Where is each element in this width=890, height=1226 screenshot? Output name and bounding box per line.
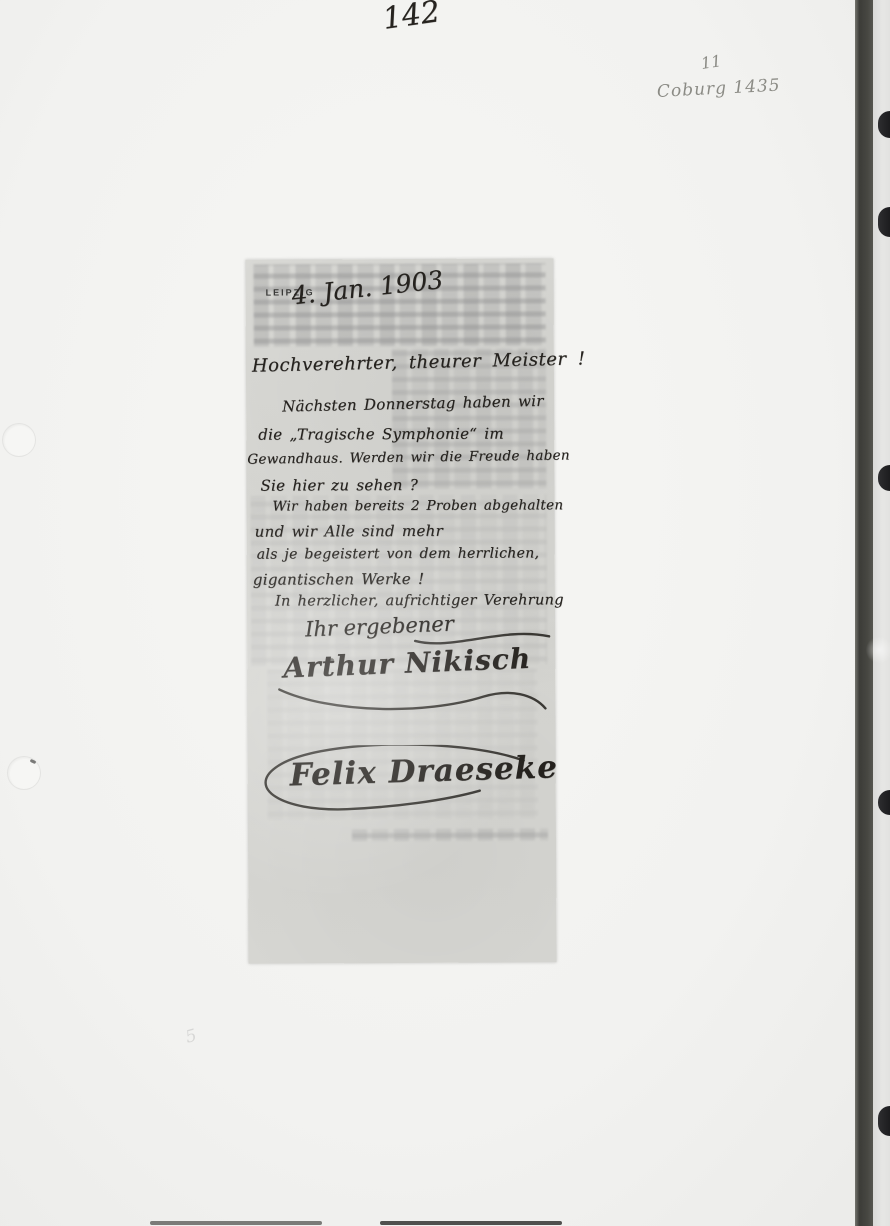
- scan-edge-artifact: [150, 1221, 322, 1225]
- letter-body-line: Sie hier zu sehen ?: [260, 476, 418, 495]
- letter-body-line: In herzlicher, aufrichtiger Verehrung: [275, 592, 564, 609]
- letter-body-line: als je begeistert von dem herrlichen,: [257, 545, 540, 562]
- sender-signature: Arthur Nikisch: [283, 642, 532, 685]
- letter-body-line: Nächsten Donnerstag haben wir: [282, 392, 544, 416]
- archival-note-number: 11: [700, 51, 723, 73]
- signature-flourish: [275, 682, 551, 719]
- scan-edge-artifact: [380, 1221, 562, 1225]
- archival-note-provenance: Coburg 1435: [656, 76, 781, 102]
- salutation: Hochverehrter, theurer Meister !: [252, 348, 586, 376]
- letter-photocopy: LEIPZIG 4. Jan. 1903 Hochverehrter, theu…: [245, 258, 556, 963]
- edge-highlight-spot: [866, 636, 890, 664]
- letter-body-line: Wir haben bereits 2 Proben abgehalten: [273, 497, 564, 514]
- letter-body-line: Gewandhaus. Werden wir die Freude haben: [247, 447, 570, 467]
- closing-phrase: Ihr ergebener: [305, 612, 455, 642]
- hole-punch-top: [2, 423, 36, 457]
- letter-body-line: die „Tragische Symphonie“ im: [258, 425, 504, 444]
- letter-body-line: und wir Alle sind mehr: [255, 522, 443, 541]
- letter-body-line: gigantischen Werke !: [253, 570, 425, 589]
- bleedthrough-text: [352, 828, 548, 841]
- name-annotation-felix-draeseke: Felix Draeseke: [289, 749, 558, 793]
- binding-hole: [878, 1106, 890, 1136]
- page-edge-margin: [872, 0, 890, 1226]
- bleedthrough-text: [267, 668, 538, 819]
- handwritten-date: 4. Jan. 1903: [290, 265, 445, 310]
- scanned-archive-page: 142 11 Coburg 1435 LEIPZIG 4. Jan. 1903 …: [0, 0, 890, 1226]
- binding-shadow-stripe: [855, 0, 873, 1226]
- faint-pencil-mark: 5: [183, 1026, 199, 1048]
- binding-hole: [878, 207, 890, 237]
- handwritten-page-number: 142: [381, 0, 443, 37]
